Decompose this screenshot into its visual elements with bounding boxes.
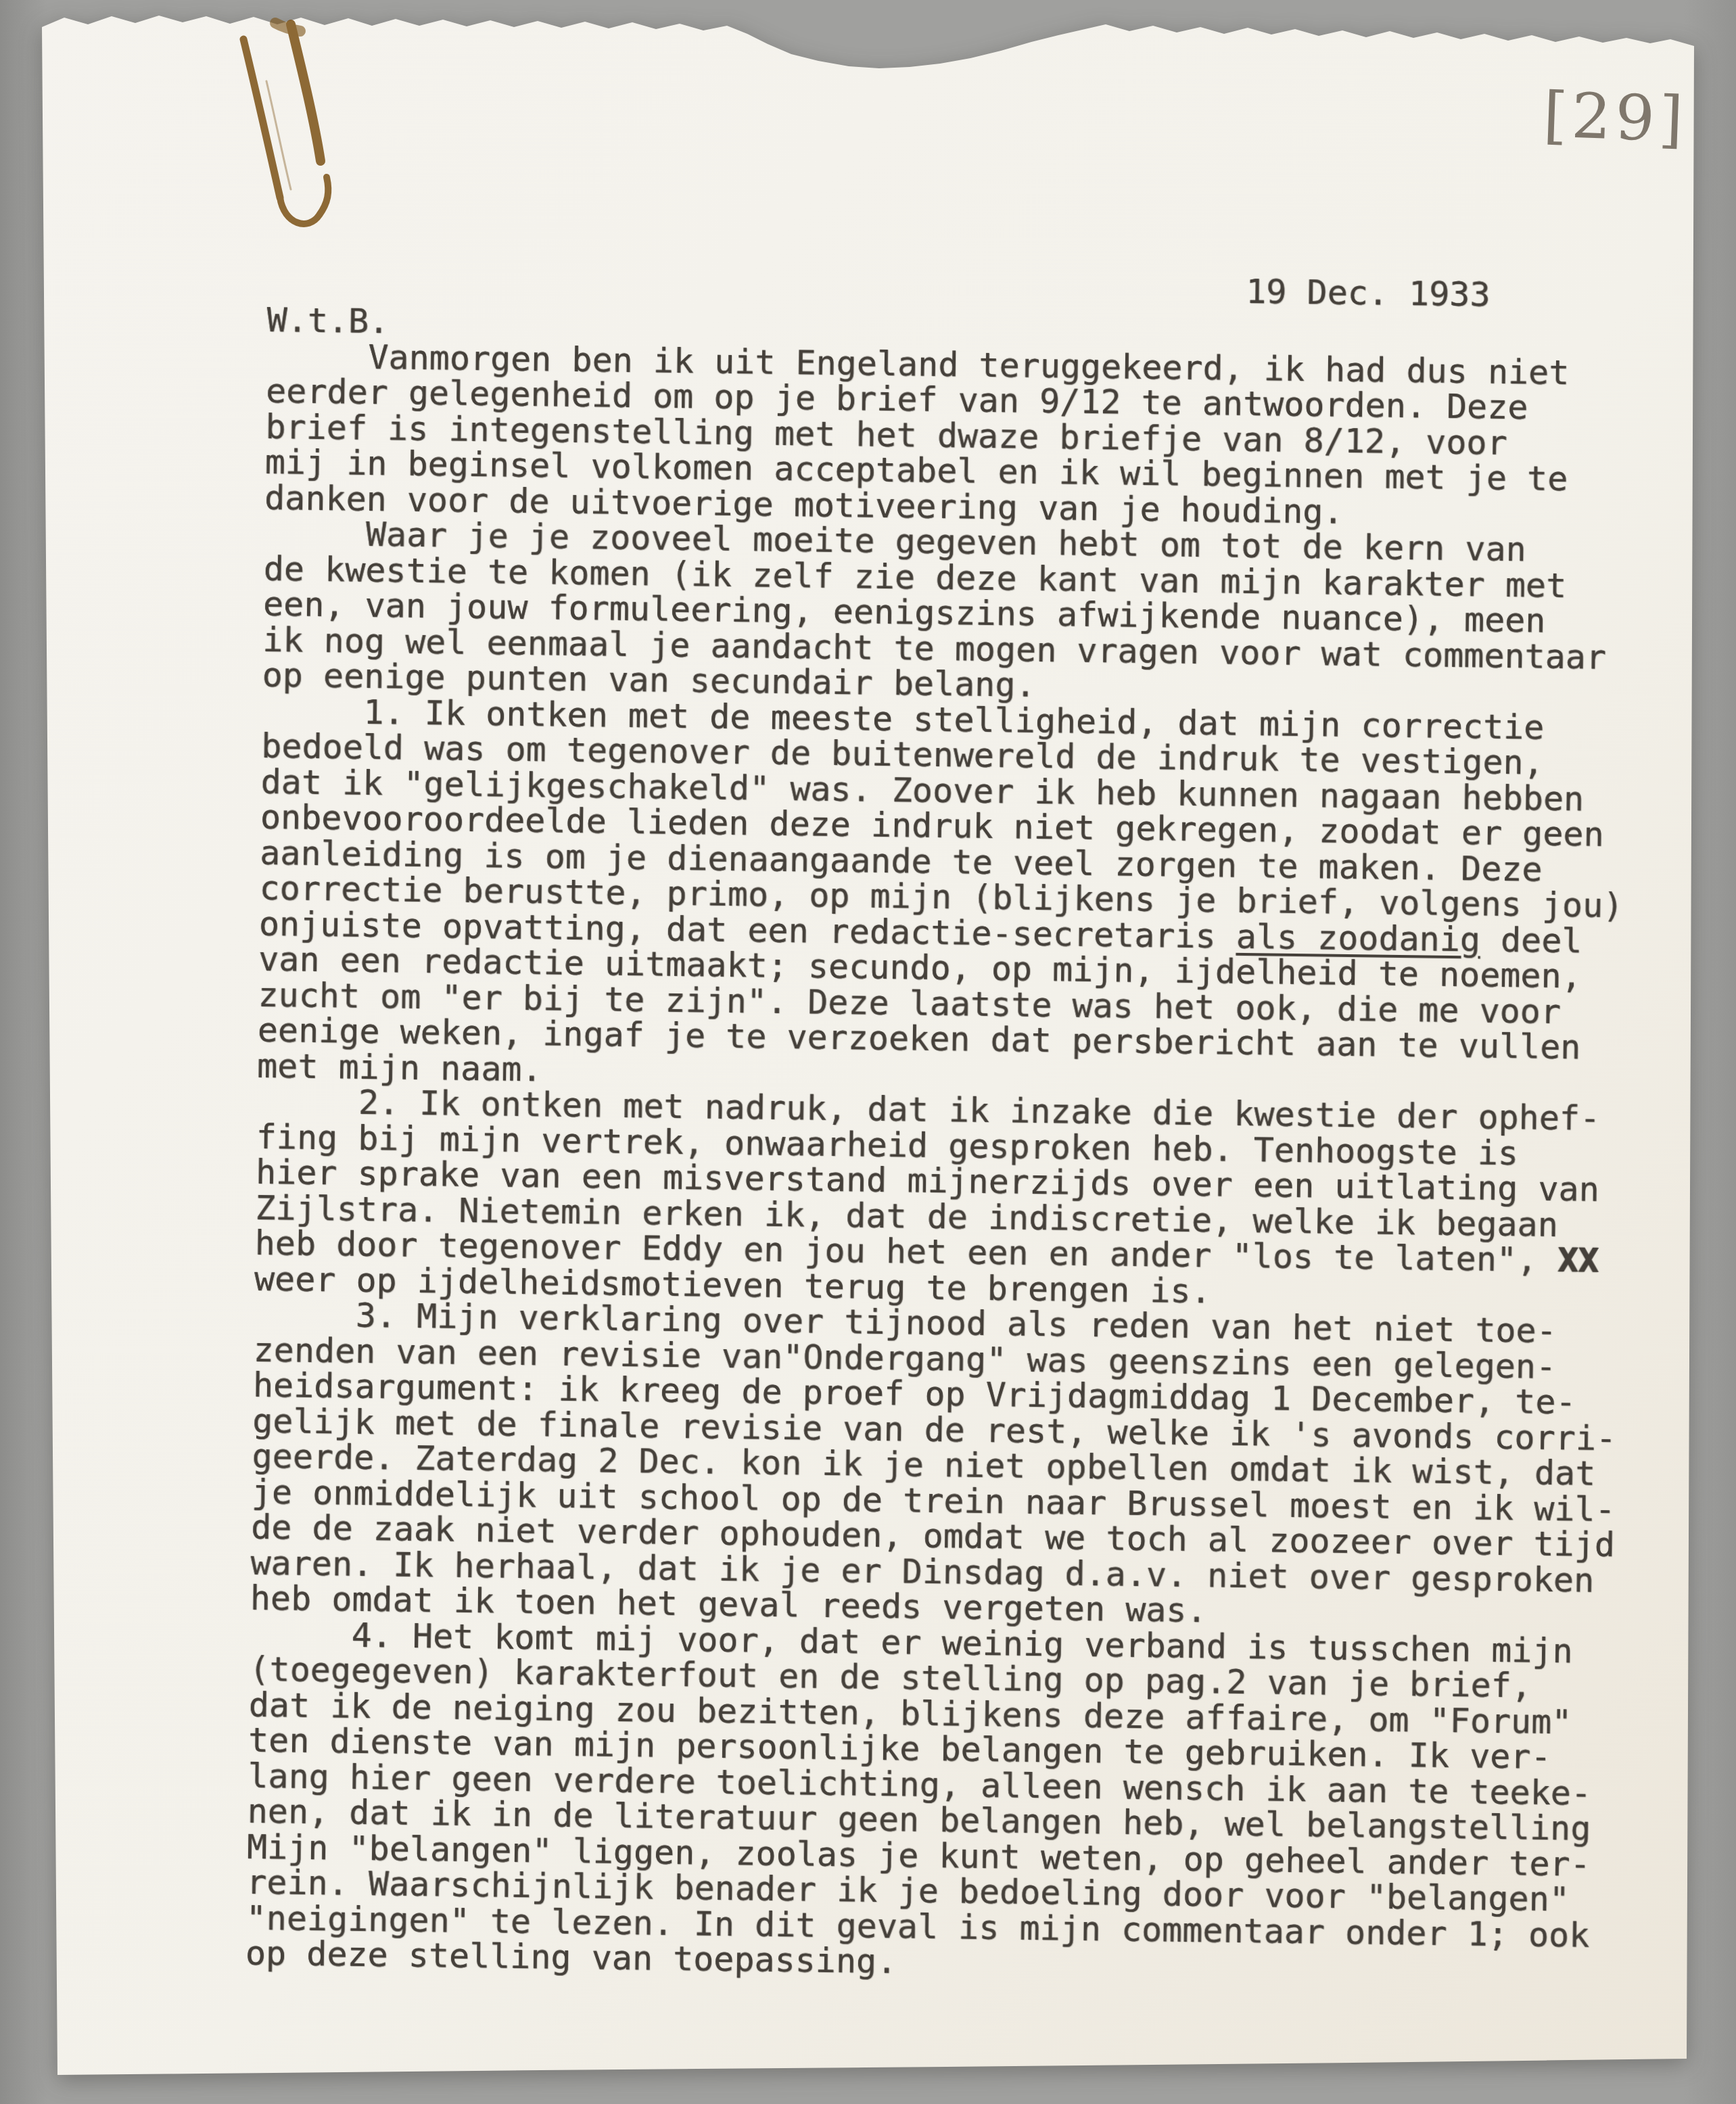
letter-body: W.t.B. Vanmorgen ben ik uit Engeland ter…	[245, 302, 1687, 1990]
letter-date: 19 Dec. 1933	[1246, 272, 1491, 314]
handwritten-page-number: [29]	[1542, 78, 1688, 156]
typewritten-letter: 19 Dec. 1933 W.t.B. Vanmorgen ben ik uit…	[245, 302, 1687, 1990]
scanned-letter-page: { "page": { "annotation_number": "[29]",…	[0, 0, 1736, 2104]
